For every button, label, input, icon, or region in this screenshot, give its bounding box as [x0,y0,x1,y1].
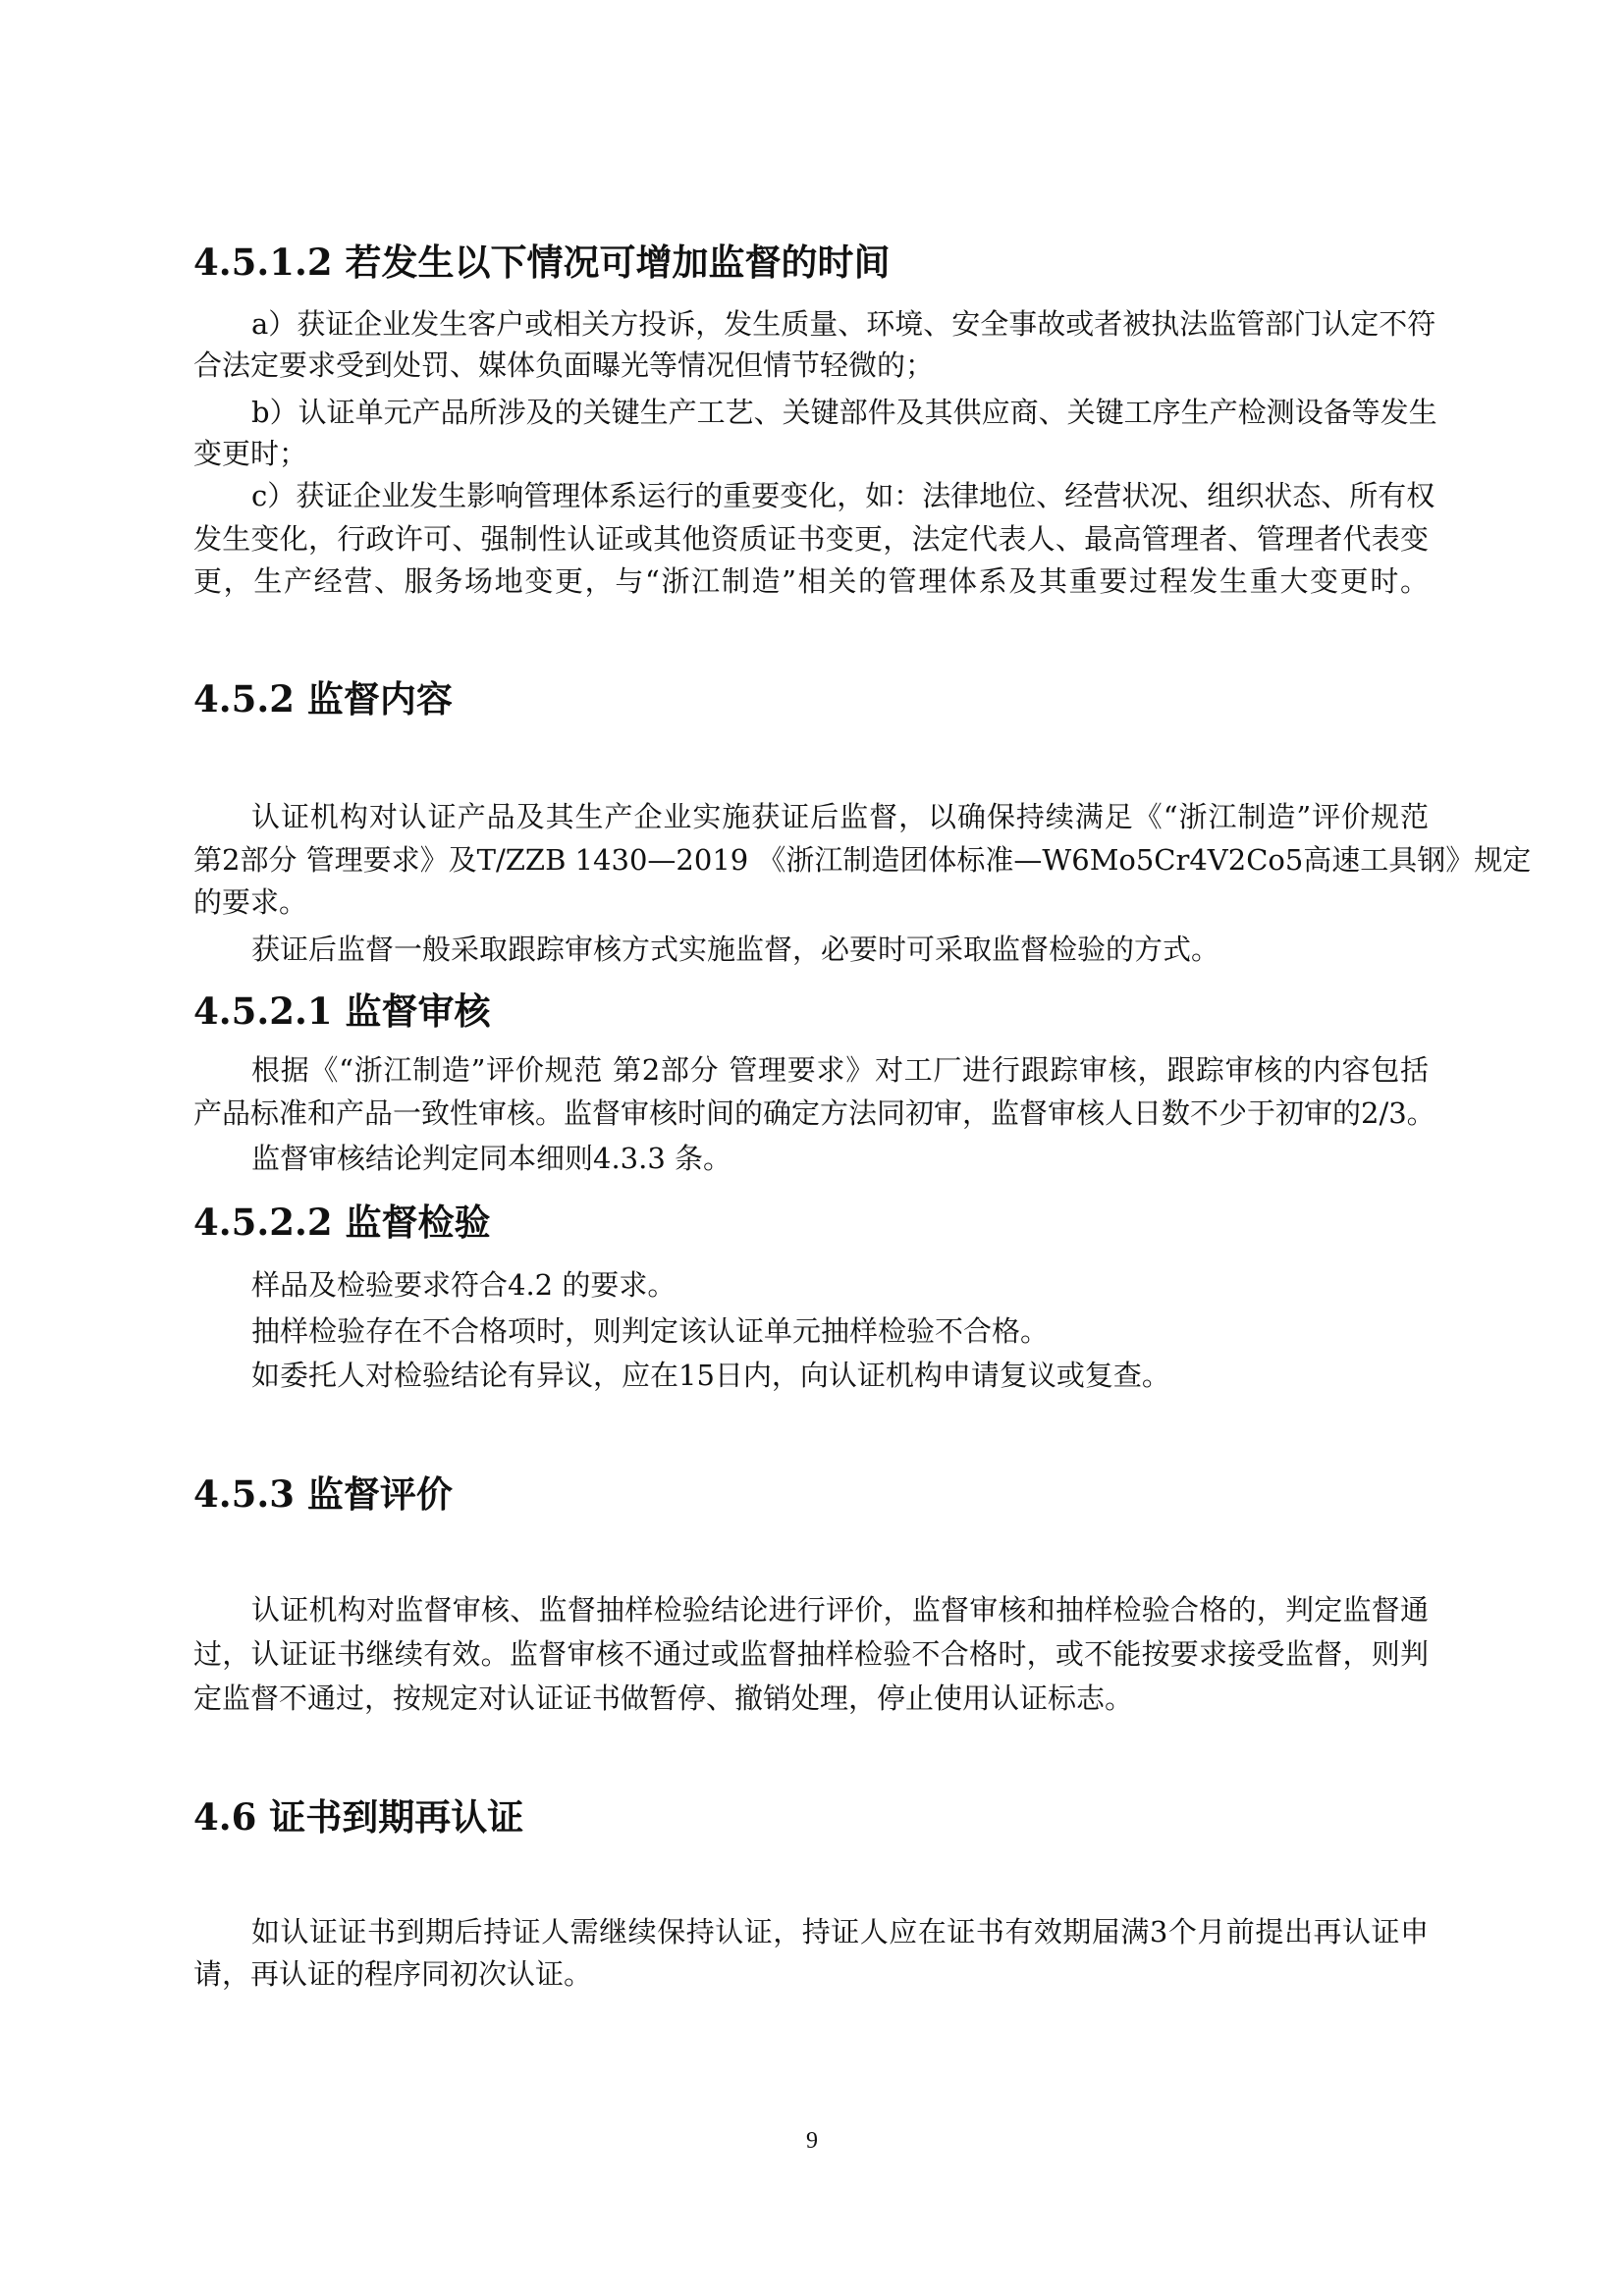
s4522-para3: 如委托人对检验结论有异议，应在15日内，向认证机构申请复议或复查。 [251,1358,1170,1393]
heading-4-5-3: 4.5.3 监督评价 [193,1472,453,1516]
heading-4-5-1-2: 4.5.1.2 若发生以下情况可增加监督的时间 [193,240,891,284]
heading-4-6: 4.6 证书到期再认证 [193,1795,523,1839]
s452-para1-line-2: 第2部分 管理要求》及T/ZZB 1430—2019 《浙江制造团体标准—W6M… [193,842,1429,878]
s452-para1-line-3: 的要求。 [193,884,307,920]
heading-4-5-2: 4.5.2 监督内容 [193,677,453,721]
item-c-line-3: 更，生产经营、服务场地变更，与“浙江制造”相关的管理体系及其重要过程发生重大变更… [193,563,1429,599]
s453-para1-line-3: 定监督不通过，按规定对认证证书做暂停、撤销处理，停止使用认证标志。 [193,1681,1133,1716]
s46-para1-line-2: 请，再认证的程序同初次认证。 [193,1956,592,1992]
item-b-line-1: b）认证单元产品所涉及的关键生产工艺、关键部件及其供应商、关键工序生产检测设备等… [251,395,1429,430]
s4521-para2: 监督审核结论判定同本细则4.3.3 条。 [251,1141,731,1176]
s4522-para2: 抽样检验存在不合格项时，则判定该认证单元抽样检验不合格。 [251,1313,1049,1349]
item-a-line-2: 合法定要求受到处罚、媒体负面曝光等情况但情节轻微的； [193,347,934,383]
s452-para2: 获证后监督一般采取跟踪审核方式实施监督，必要时可采取监督检验的方式。 [251,932,1219,967]
page-number: 9 [0,2128,1624,2155]
s453-para1-line-2: 过，认证证书继续有效。监督审核不通过或监督抽样检验不合格时，或不能按要求接受监督… [193,1636,1429,1672]
s453-para1-line-1: 认证机构对监督审核、监督抽样检验结论进行评价，监督审核和抽样检验合格的，判定监督… [251,1592,1429,1628]
s46-para1-line-1: 如认证证书到期后持证人需继续保持认证，持证人应在证书有效期届满3个月前提出再认证… [251,1914,1429,1949]
item-c-line-2: 发生变化，行政许可、强制性认证或其他资质证书变更，法定代表人、最高管理者、管理者… [193,521,1429,557]
s452-para1-line-1: 认证机构对认证产品及其生产企业实施获证后监督，以确保持续满足《“浙江制造”评价规… [251,799,1429,834]
item-b-line-2: 变更时； [193,436,307,471]
heading-4-5-2-2: 4.5.2.2 监督检验 [193,1201,491,1244]
s4521-para1-line-1: 根据《“浙江制造”评价规范 第2部分 管理要求》对工厂进行跟踪审核，跟踪审核的内… [251,1052,1429,1088]
item-a-line-1: a）获证企业发生客户或相关方投诉，发生质量、环境、安全事故或者被执法监管部门认定… [251,306,1429,342]
item-c-line-1: c）获证企业发生影响管理体系运行的重要变化，如：法律地位、经营状况、组织状态、所… [251,478,1429,513]
heading-4-5-2-1: 4.5.2.1 监督审核 [193,989,491,1033]
document-page: 4.5.1.2 若发生以下情况可增加监督的时间 a）获证企业发生客户或相关方投诉… [0,0,1624,2296]
s4522-para1: 样品及检验要求符合4.2 的要求。 [251,1267,676,1303]
s4521-para1-line-2: 产品标准和产品一致性审核。监督审核时间的确定方法同初审，监督审核人日数不少于初审… [193,1095,1429,1131]
